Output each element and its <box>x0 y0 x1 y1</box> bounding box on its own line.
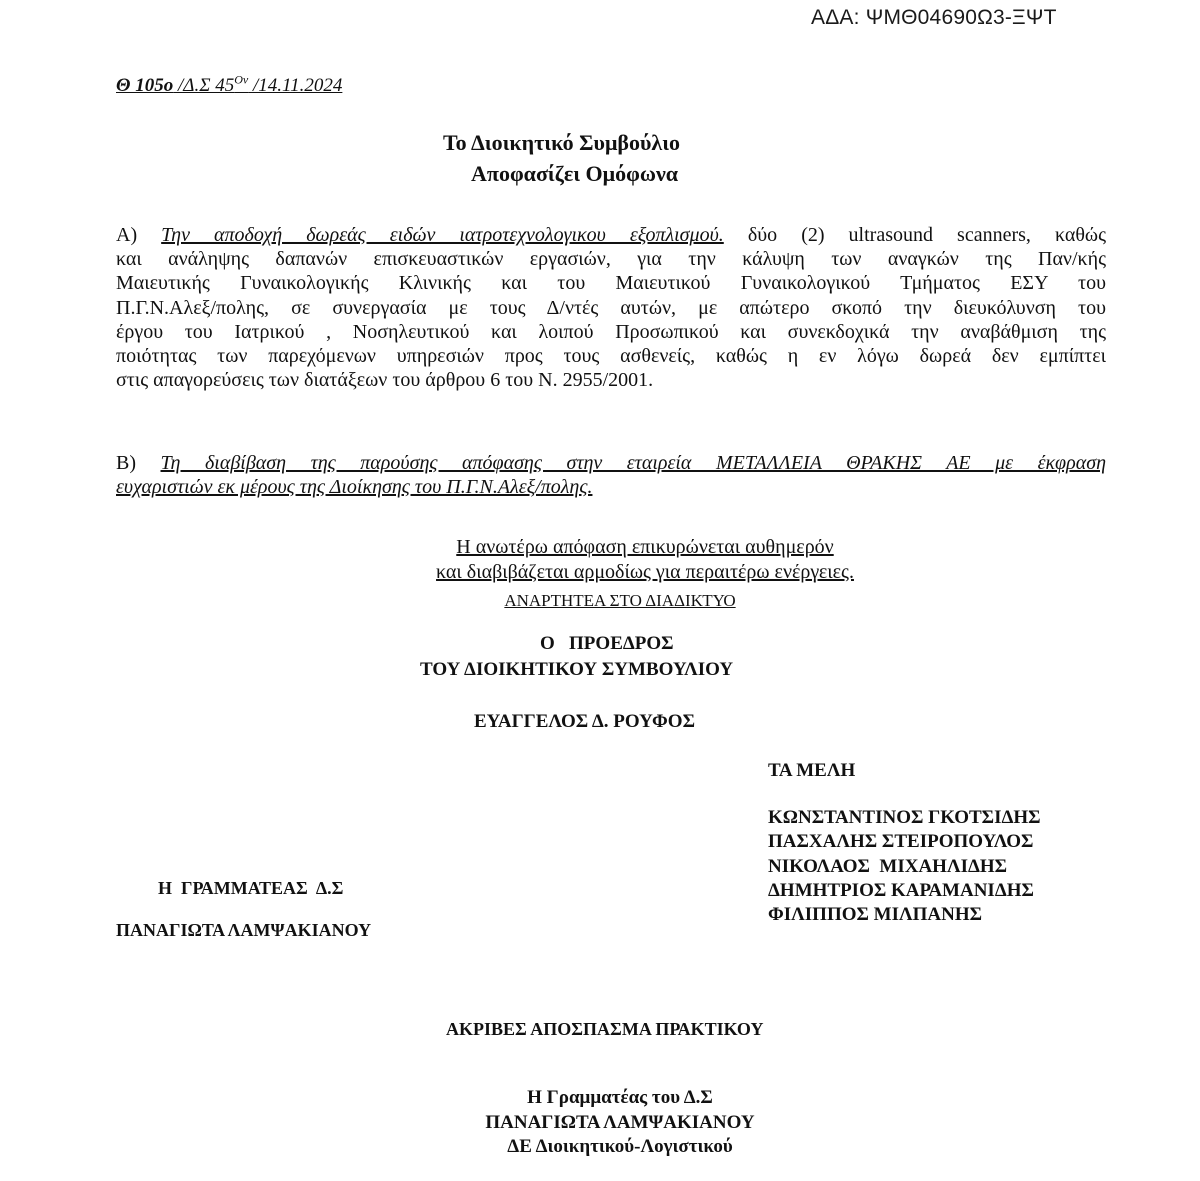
section-b-line: Β) Τη διαβίβαση της παρούσης απόφασης στ… <box>116 451 1106 475</box>
member-name: ΔΗΜΗΤΡΙΟΣ ΚΑΡΑΜΑΝΙΔΗΣ <box>768 879 1041 903</box>
member-name: ΚΩΝΣΤΑΝΤΙΝΟΣ ΓΚΟΤΣΙΔΗΣ <box>768 806 1041 830</box>
section-a-line: ποιότητας των παρεχόμενων υπηρεσιών προς… <box>116 344 1106 368</box>
section-a-line: Μαιευτικής Γυναικολογικής Κλινικής και τ… <box>116 271 1106 295</box>
section-b-line: ευχαριστιών εκ μέρους της Διοίκησης του … <box>116 475 1106 499</box>
ratification-note: Η ανωτέρω απόφαση επικυρώνεται αυθημερόν… <box>380 535 910 585</box>
ada-code: ΑΔΑ: ΨΜΘ04690Ω3-ΞΨΤ <box>811 6 1057 30</box>
session-number: /Δ.Σ 45 <box>173 75 234 96</box>
president-title: Ο ΠΡΟΕΔΡΟΣ <box>540 633 674 655</box>
ratification-line: Η ανωτέρω απόφαση επικυρώνεται αυθημερόν <box>380 535 910 560</box>
member-name: ΝΙΚΟΛΑΟΣ ΜΙΧΑΗΛΙΔΗΣ <box>768 855 1041 879</box>
decision-reference: Θ 105ο /Δ.Σ 45Ον /14.11.2024 <box>116 75 342 97</box>
member-name: ΦΙΛΙΠΠΟΣ ΜΙΛΠΑΝΗΣ <box>768 903 1041 927</box>
section-a-subject: Την αποδοχή δωρεάς ειδών ιατροτεχνολογικ… <box>161 224 724 246</box>
section-a-line: στις απαγορεύσεις των διατάξεων του άρθρ… <box>116 368 1106 392</box>
section-a-line: έργου του Ιατρικού , Νοσηλευτικού και λο… <box>116 320 1106 344</box>
extract-title: ΑΚΡΙΒΕΣ ΑΠΟΣΠΑΣΜΑ ΠΡΑΚΤΙΚΟΥ <box>446 1019 763 1040</box>
section-a-label: Α) <box>116 224 161 246</box>
signer-title: Η Γραμματέας του Δ.Σ <box>470 1086 770 1111</box>
member-name: ΠΑΣΧΑΛΗΣ ΣΤΕΙΡΟΠΟΥΛΟΣ <box>768 830 1041 854</box>
section-a-line: και ανάληψης δαπανών επισκευαστικών εργα… <box>116 247 1106 271</box>
decision-number: Θ 105ο <box>116 75 173 96</box>
ratification-line: και διαβιβάζεται αρμοδίως για περαιτέρω … <box>380 560 910 585</box>
heading-board: Το Διοικητικό Συμβούλιο <box>443 130 680 156</box>
members-title: ΤΑ ΜΕΛΗ <box>768 760 855 782</box>
section-a: Α) Την αποδοχή δωρεάς ειδών ιατροτεχνολο… <box>116 223 1106 392</box>
secretary-name: ΠΑΝΑΓΙΩΤΑ ΛΑΜΨΑΚΙΑΝΟΥ <box>116 920 371 941</box>
president-name: ΕΥΑΓΓΕΛΟΣ Δ. ΡΟΥΦΟΣ <box>474 711 695 733</box>
secretary-title: Η ΓΡΑΜΜΑΤΕΑΣ Δ.Σ <box>158 878 343 899</box>
decision-date: /14.11.2024 <box>248 75 342 96</box>
session-ordinal: Ον <box>234 73 248 87</box>
posting-note: ΑΝΑΡΤΗΤΕΑ ΣΤΟ ΔΙΑΔΙΚΤΥΟ <box>380 591 860 611</box>
president-board-title: ΤΟΥ ΔΙΟΙΚΗΤΙΚΟΥ ΣΥΜΒΟΥΛΙΟΥ <box>420 659 733 681</box>
signer-name: ΠΑΝΑΓΙΩΤΑ ΛΑΜΨΑΚΙΑΝΟΥ <box>470 1111 770 1136</box>
section-a-line: Π.Γ.Ν.Αλεξ/πολης, σε συνεργασία με τους … <box>116 296 1106 320</box>
signer-role: ΔΕ Διοικητικού-Λογιστικού <box>470 1135 770 1160</box>
section-a-line: Α) Την αποδοχή δωρεάς ειδών ιατροτεχνολο… <box>116 223 1106 247</box>
section-b: Β) Τη διαβίβαση της παρούσης απόφασης στ… <box>116 451 1106 499</box>
members-list: ΚΩΝΣΤΑΝΤΙΝΟΣ ΓΚΟΤΣΙΔΗΣ ΠΑΣΧΑΛΗΣ ΣΤΕΙΡΟΠΟ… <box>768 806 1041 927</box>
heading-decides: Αποφασίζει Ομόφωνα <box>471 161 678 187</box>
section-b-label: Β) <box>116 452 161 474</box>
certifying-signature: Η Γραμματέας του Δ.Σ ΠΑΝΑΓΙΩΤΑ ΛΑΜΨΑΚΙΑΝ… <box>470 1086 770 1160</box>
